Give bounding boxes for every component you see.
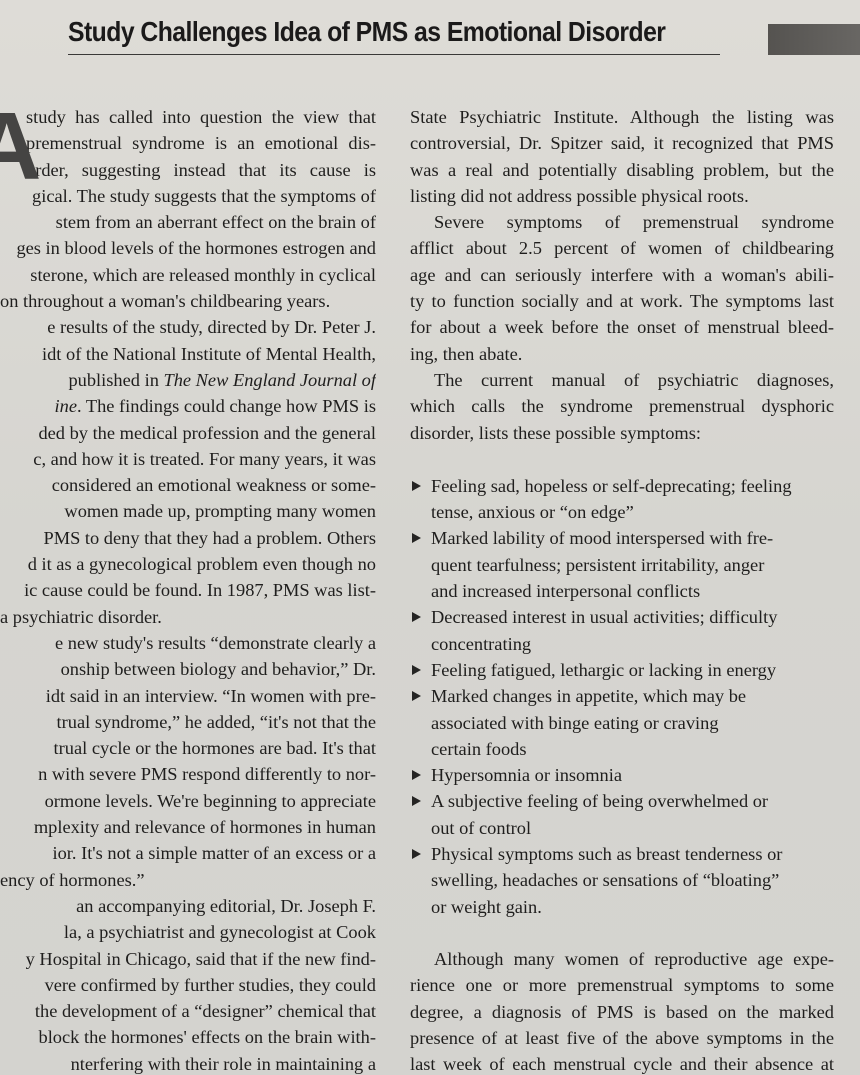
text-line: published in The New England Journal of [0, 367, 376, 393]
text-line: Marked lability of mood interspersed wit… [431, 525, 834, 551]
text-line: disorder, lists these possible symptoms: [410, 420, 834, 446]
text-line: ormone levels. We're beginning to apprec… [0, 788, 376, 814]
list-item: Marked changes in appetite, which may be… [410, 683, 834, 762]
text-line: afflict about 2.5 percent of women of ch… [410, 235, 834, 261]
text-line: ded by the medical profession and the ge… [0, 420, 376, 446]
triangle-right-icon [412, 612, 421, 622]
text-line: Hypersomnia or insomnia [431, 762, 834, 788]
text-line: controversial, Dr. Spitzer said, it reco… [410, 130, 834, 156]
text-line: mplexity and relevance of hormones in hu… [0, 814, 376, 840]
list-item: Physical symptoms such as breast tendern… [410, 841, 834, 920]
text-line: idt of the National Institute of Mental … [0, 341, 376, 367]
drop-cap: A [0, 106, 41, 188]
article-title: Study Challenges Idea of PMS as Emotiona… [68, 14, 655, 50]
text-line: or weight gain. [431, 894, 834, 920]
list-item: Marked lability of mood interspersed wit… [410, 525, 834, 604]
text-line: tense, anxious or “on edge” [431, 499, 834, 525]
text-line: Severe symptoms of premenstrual syndrome [410, 209, 834, 235]
text-line: Feeling sad, hopeless or self-deprecatin… [431, 473, 834, 499]
text-line: vere confirmed by further studies, they … [0, 972, 376, 998]
text-line: e results of the study, directed by Dr. … [0, 314, 376, 340]
text-line: n with severe PMS respond differently to… [0, 761, 376, 787]
text-line: The current manual of psychiatric diagno… [410, 367, 834, 393]
text-line: ty to function socially and at work. The… [410, 288, 834, 314]
text-line: ior. It's not a simple matter of an exce… [0, 840, 376, 866]
journal-title-italic: The New England Journal of [163, 370, 376, 390]
text-line: an accompanying editorial, Dr. Joseph F. [0, 893, 376, 919]
text-line: study has called into question the view … [26, 104, 376, 130]
text-line: d it as a gynecological problem even tho… [0, 551, 376, 577]
header-bar [768, 24, 860, 55]
right-column: State Psychiatric Institute. Although th… [410, 104, 834, 1075]
article-title-rule: Study Challenges Idea of PMS as Emotiona… [68, 14, 720, 55]
text-fragment: published in [68, 370, 163, 390]
list-item: Decreased interest in usual activities; … [410, 604, 834, 657]
journal-title-italic: ine [55, 396, 77, 416]
text-line: which calls the syndrome premenstrual dy… [410, 393, 834, 419]
text-line: concentrating [431, 631, 834, 657]
text-line: quent tearfulness; persistent irritabili… [431, 552, 834, 578]
text-line: ing, then abate. [410, 341, 834, 367]
text-line: certain foods [431, 736, 834, 762]
text-line: rience one or more premenstrual symptoms… [410, 972, 834, 998]
left-column: A study has called into question the vie… [0, 104, 376, 1075]
text-line: y Hospital in Chicago, said that if the … [0, 946, 376, 972]
text-line: last week of each menstrual cycle and th… [410, 1051, 834, 1075]
text-line: nterfering with their role in maintainin… [0, 1051, 376, 1075]
triangle-right-icon [412, 481, 421, 491]
text-line: ine. The findings could change how PMS i… [0, 393, 376, 419]
triangle-right-icon [412, 691, 421, 701]
triangle-right-icon [412, 533, 421, 543]
triangle-right-icon [412, 770, 421, 780]
text-line: on throughout a woman's childbearing yea… [0, 288, 376, 314]
paragraph: Severe symptoms of premenstrual syndrome… [410, 209, 834, 367]
text-line: age and can seriously interfere with a w… [410, 262, 834, 288]
text-line: swelling, headaches or sensations of “bl… [431, 867, 834, 893]
text-line: block the hormones' effects on the brain… [0, 1024, 376, 1050]
list-item: A subjective feeling of being overwhelme… [410, 788, 834, 841]
symptom-list: Feeling sad, hopeless or self-deprecatin… [410, 473, 834, 920]
text-line: associated with binge eating or craving [431, 710, 834, 736]
paragraph: Although many women of reproductive age … [410, 946, 834, 1075]
text-line: la, a psychiatrist and gynecologist at C… [0, 919, 376, 945]
text-line: gical. The study suggests that the sympt… [0, 183, 376, 209]
text-line: for about a week before the onset of men… [410, 314, 834, 340]
text-line: out of control [431, 815, 834, 841]
triangle-right-icon [412, 849, 421, 859]
text-line: a psychiatric disorder. [0, 604, 376, 630]
text-line: Physical symptoms such as breast tendern… [431, 841, 834, 867]
text-line: Although many women of reproductive age … [410, 946, 834, 972]
text-line: ic cause could be found. In 1987, PMS wa… [0, 577, 376, 603]
text-line: State Psychiatric Institute. Although th… [410, 104, 834, 130]
paragraph: State Psychiatric Institute. Although th… [410, 104, 834, 209]
text-line: A subjective feeling of being overwhelme… [431, 788, 834, 814]
text-line: order, suggesting instead that its cause… [26, 157, 376, 183]
text-line: onship between biology and behavior,” Dr… [0, 656, 376, 682]
text-line: degree, a diagnosis of PMS is based on t… [410, 999, 834, 1025]
list-item: Feeling sad, hopeless or self-deprecatin… [410, 473, 834, 526]
text-line: ges in blood levels of the hormones estr… [0, 235, 376, 261]
text-line: the development of a “designer” chemical… [0, 998, 376, 1024]
text-line: PMS to deny that they had a problem. Oth… [0, 525, 376, 551]
triangle-right-icon [412, 665, 421, 675]
text-line: idt said in an interview. “In women with… [0, 683, 376, 709]
text-line: trual syndrome,” he added, “it's not tha… [0, 709, 376, 735]
triangle-right-icon [412, 796, 421, 806]
list-item: Feeling fatigued, lethargic or lacking i… [410, 657, 834, 683]
text-line: e new study's results “demonstrate clear… [0, 630, 376, 656]
text-line: sterone, which are released monthly in c… [0, 262, 376, 288]
paragraph: The current manual of psychiatric diagno… [410, 367, 834, 446]
text-line: considered an emotional weakness or some… [0, 472, 376, 498]
text-line: women made up, prompting many women [0, 498, 376, 524]
text-line: Decreased interest in usual activities; … [431, 604, 834, 630]
text-line: Feeling fatigued, lethargic or lacking i… [431, 657, 834, 683]
text-line: c, and how it is treated. For many years… [0, 446, 376, 472]
text-line: ency of hormones.” [0, 867, 376, 893]
dropcap-block: A study has called into question the vie… [0, 104, 376, 183]
text-line: trual cycle or the hormones are bad. It'… [0, 735, 376, 761]
text-line: and increased interpersonal conflicts [431, 578, 834, 604]
text-line: listing did not address possible physica… [410, 183, 834, 209]
text-line: stem from an aberrant effect on the brai… [0, 209, 376, 235]
list-item: Hypersomnia or insomnia [410, 762, 834, 788]
text-line: premenstrual syndrome is an emotional di… [26, 130, 376, 156]
text-line: Marked changes in appetite, which may be [431, 683, 834, 709]
text-line: was a real and potentially disabling pro… [410, 157, 834, 183]
text-line: presence of at least five of the above s… [410, 1025, 834, 1051]
